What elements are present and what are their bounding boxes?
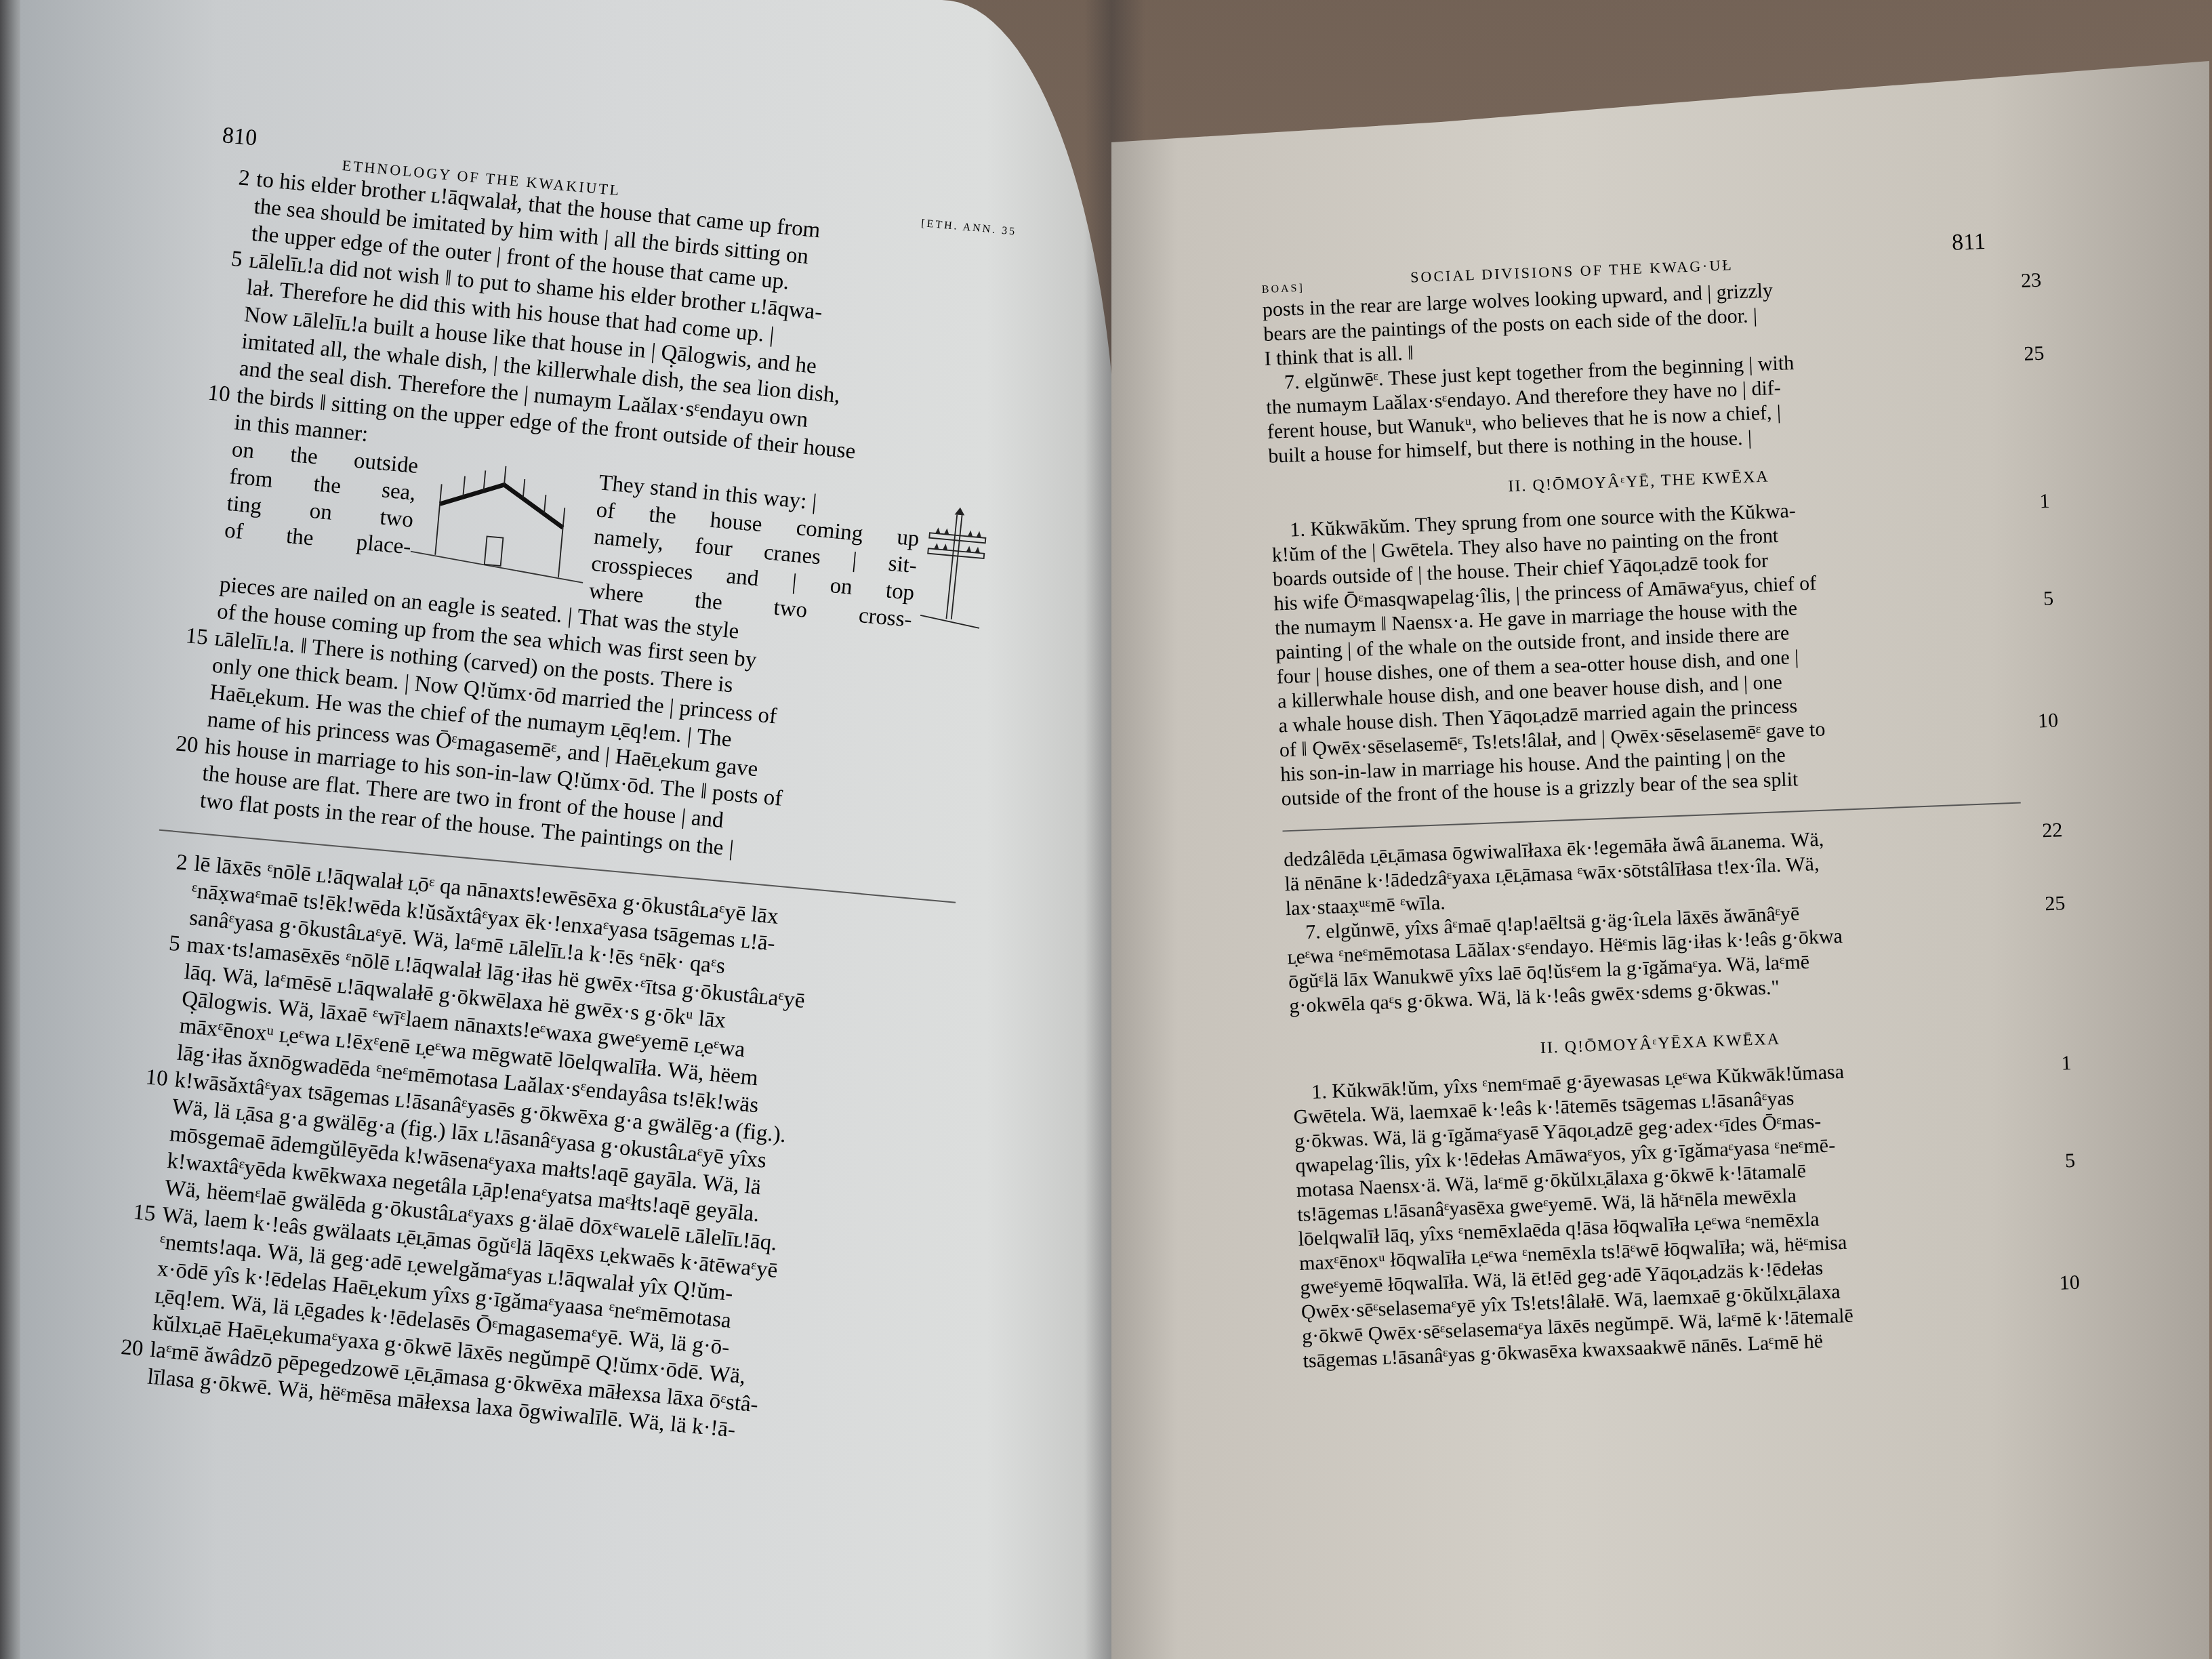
- english-translation-block: 2to his elder brother ʟ!āqwalał, that th…: [161, 163, 1017, 883]
- page-number: 811: [1951, 230, 1986, 255]
- figure-wrap-text-left: on the outside from the sea, ting on two…: [221, 436, 419, 588]
- page-number: 810: [221, 122, 258, 152]
- kwakwala-text-block: dedzâlēda ʟ̣ēʟ̣āmasa ōgwiwalīłaxa ēk·!eg…: [1283, 820, 2041, 1374]
- house-with-birds-figure: [407, 453, 594, 604]
- crane-pole-figure: [918, 499, 992, 640]
- left-page-content: 810 ETHNOLOGY OF THE KWAKIUTL [ETH. ANN.…: [108, 122, 1020, 1459]
- kwakwala-text-block: 2lē lāxēs ᵋnōlē ʟ!āqwalał ʟ̣ōᵋ qa nānaxt…: [108, 847, 954, 1460]
- right-page-content: BOAS] SOCIAL DIVISIONS OF THE KWAG·UŁ 81…: [1261, 229, 2041, 1374]
- english-translation-block: posts in the rear are large wolves looki…: [1262, 270, 2020, 811]
